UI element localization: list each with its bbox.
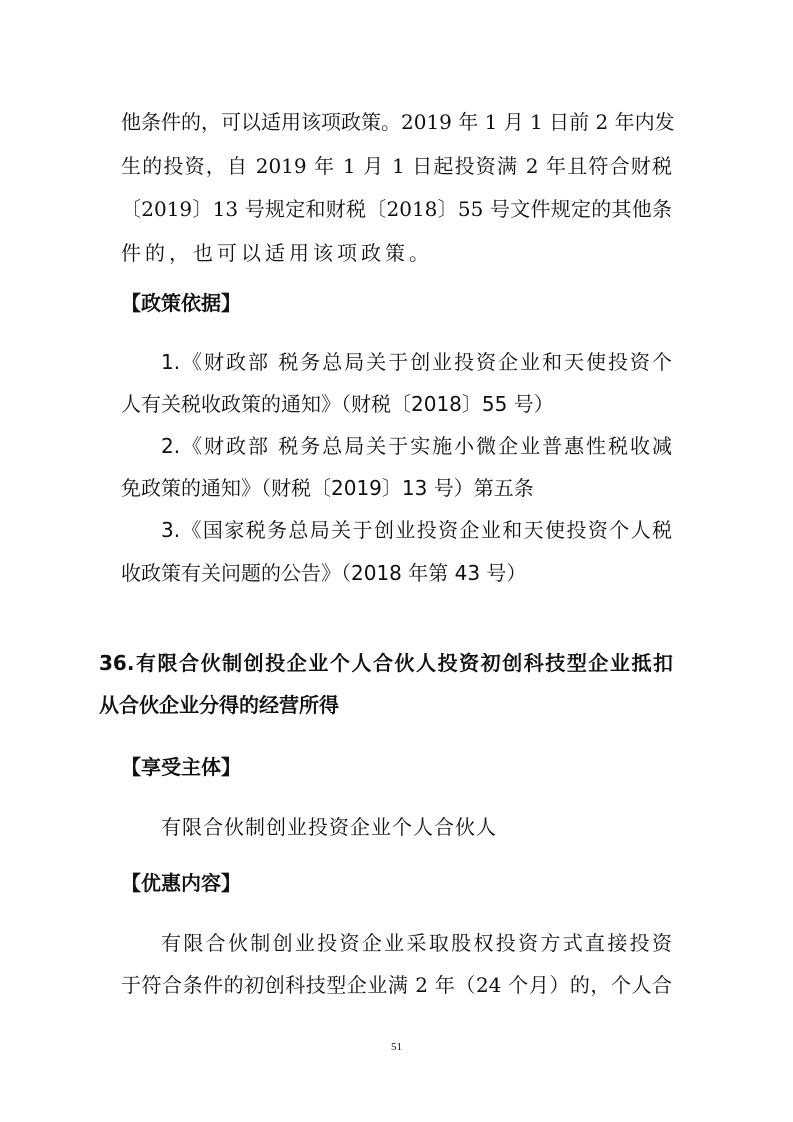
beneficiary-text: 有限合伙制创业投资企业个人合伙人 — [161, 817, 497, 837]
policy-item-2-line1: 2.《财政部 税务总局关于实施小微企业普惠性税收减 — [161, 436, 672, 456]
policy-item-1-line1: 1.《财政部 税务总局关于创业投资企业和天使投资个 — [161, 352, 672, 372]
benefit-line: 于符合条件的初创科技型企业满 2 年（24 个月）的，个人合 — [121, 975, 672, 995]
policy-item-3-line1: 3.《国家税务总局关于创业投资企业和天使投资个人税 — [161, 520, 672, 540]
section-heading-policy-basis: 【政策依据】 — [121, 293, 241, 313]
section-heading-beneficiary: 【享受主体】 — [121, 757, 241, 777]
paragraph-line: 件的，也可以适用该项政策。 — [121, 243, 433, 263]
section-title-line1: 36.有限合伙制创投企业个人合伙人投资初创科技型企业抵扣 — [99, 653, 673, 673]
paragraph-line: 生的投资，自 2019 年 1 月 1 日起投资满 2 年且符合财税 — [121, 156, 672, 176]
section-heading-benefit: 【优惠内容】 — [121, 873, 241, 893]
policy-item-3-line2: 收政策有关问题的公告》（2018 年第 43 号） — [121, 563, 526, 583]
policy-item-1-line2: 人有关税收政策的通知》（财税〔2018〕55 号） — [121, 394, 554, 414]
document-page: 他条件的，可以适用该项政策。2019 年 1 月 1 日前 2 年内发 生的投资… — [0, 0, 793, 1122]
policy-item-2-line2: 免政策的通知》（财税〔2019〕13 号）第五条 — [121, 478, 534, 498]
section-title-line2: 从合伙企业分得的经营所得 — [99, 695, 339, 715]
benefit-line: 有限合伙制创业投资企业采取股权投资方式直接投资 — [161, 933, 672, 953]
paragraph-line: 〔2019〕13 号规定和财税〔2018〕55 号文件规定的其他条 — [121, 199, 672, 219]
paragraph-line: 他条件的，可以适用该项政策。2019 年 1 月 1 日前 2 年内发 — [121, 112, 672, 132]
page-number: 51 — [0, 1041, 793, 1053]
